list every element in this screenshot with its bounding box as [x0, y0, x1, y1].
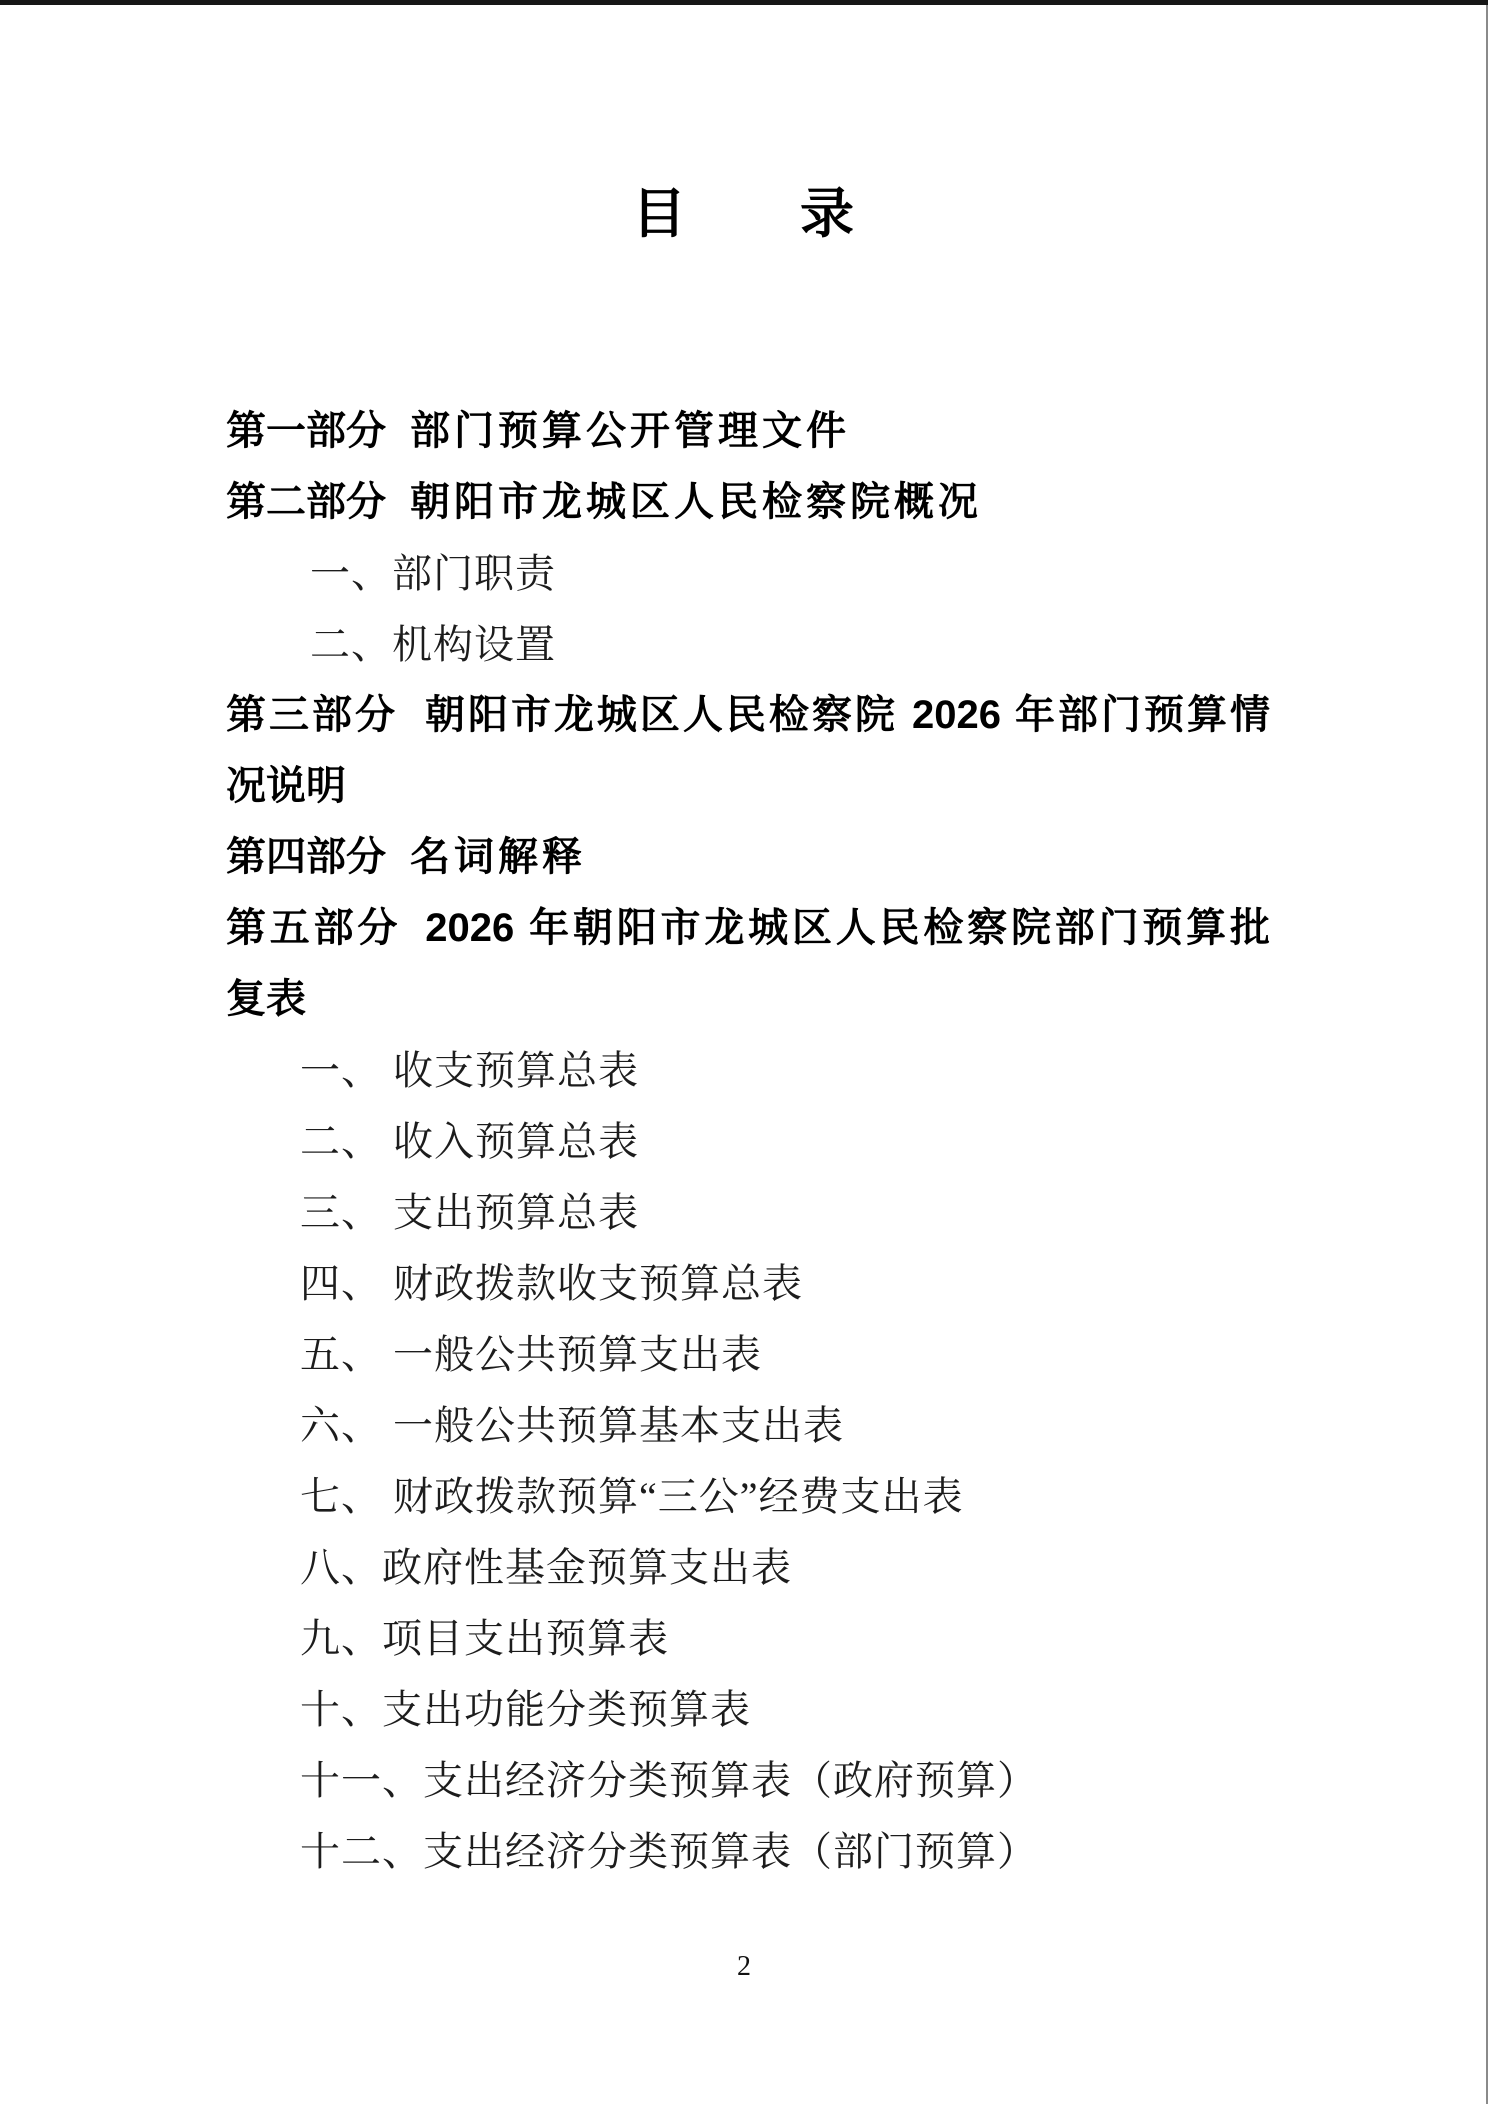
part-label: 第三部分: [226, 693, 398, 737]
toc-sub-item: 二、机构设置: [226, 609, 1270, 680]
toc-list-item: 十、支出功能分类预算表: [226, 1674, 1270, 1745]
page-number: 2: [0, 1950, 1488, 1984]
part-title: 名词解释: [410, 835, 586, 879]
top-border: [0, 0, 1488, 5]
part-label: 第二部分: [226, 480, 386, 524]
document-page: 目 录 第一部分部门预算公开管理文件第二部分朝阳市龙城区人民检察院概况一、部门职…: [0, 0, 1488, 2104]
toc-part-heading: 第五部分2026 年朝阳市龙城区人民检察院部门预算批: [226, 893, 1270, 964]
toc-part-heading-continuation: 复表: [226, 964, 1270, 1035]
toc-list-item: 五、 一般公共预算支出表: [226, 1319, 1270, 1390]
toc-part-heading-continuation: 况说明: [226, 751, 1270, 822]
part-title: 2026 年朝阳市龙城区人民检察院部门预算批: [425, 906, 1270, 950]
toc-list-item: 十二、支出经济分类预算表（部门预算）: [226, 1816, 1270, 1887]
part-title: 朝阳市龙城区人民检察院概况: [410, 480, 982, 524]
toc-part-heading: 第二部分朝阳市龙城区人民检察院概况: [226, 467, 1270, 538]
part-label: 第一部分: [226, 409, 386, 453]
toc-list-item: 十一、支出经济分类预算表（政府预算）: [226, 1745, 1270, 1816]
toc-list-item: 八、政府性基金预算支出表: [226, 1532, 1270, 1603]
part-label: 第五部分: [226, 906, 401, 950]
toc-list-item: 二、 收入预算总表: [226, 1106, 1270, 1177]
toc: 第一部分部门预算公开管理文件第二部分朝阳市龙城区人民检察院概况一、部门职责二、机…: [226, 396, 1270, 1887]
doc-title: 目 录: [0, 182, 1488, 246]
toc-list-item: 七、 财政拨款预算“三公”经费支出表: [226, 1461, 1270, 1532]
toc-list-item: 九、项目支出预算表: [226, 1603, 1270, 1674]
toc-part-heading: 第四部分名词解释: [226, 822, 1270, 893]
toc-part-heading: 第一部分部门预算公开管理文件: [226, 396, 1270, 467]
toc-list-item: 六、 一般公共预算基本支出表: [226, 1390, 1270, 1461]
part-label: 第四部分: [226, 835, 386, 879]
toc-part-heading: 第三部分朝阳市龙城区人民检察院 2026 年部门预算情: [226, 680, 1270, 751]
part-title: 部门预算公开管理文件: [410, 409, 850, 453]
toc-list-item: 一、 收支预算总表: [226, 1035, 1270, 1106]
toc-sub-item: 一、部门职责: [226, 538, 1270, 609]
part-title: 朝阳市龙城区人民检察院 2026 年部门预算情: [422, 693, 1270, 737]
toc-list-item: 四、 财政拨款收支预算总表: [226, 1248, 1270, 1319]
toc-list-item: 三、 支出预算总表: [226, 1177, 1270, 1248]
